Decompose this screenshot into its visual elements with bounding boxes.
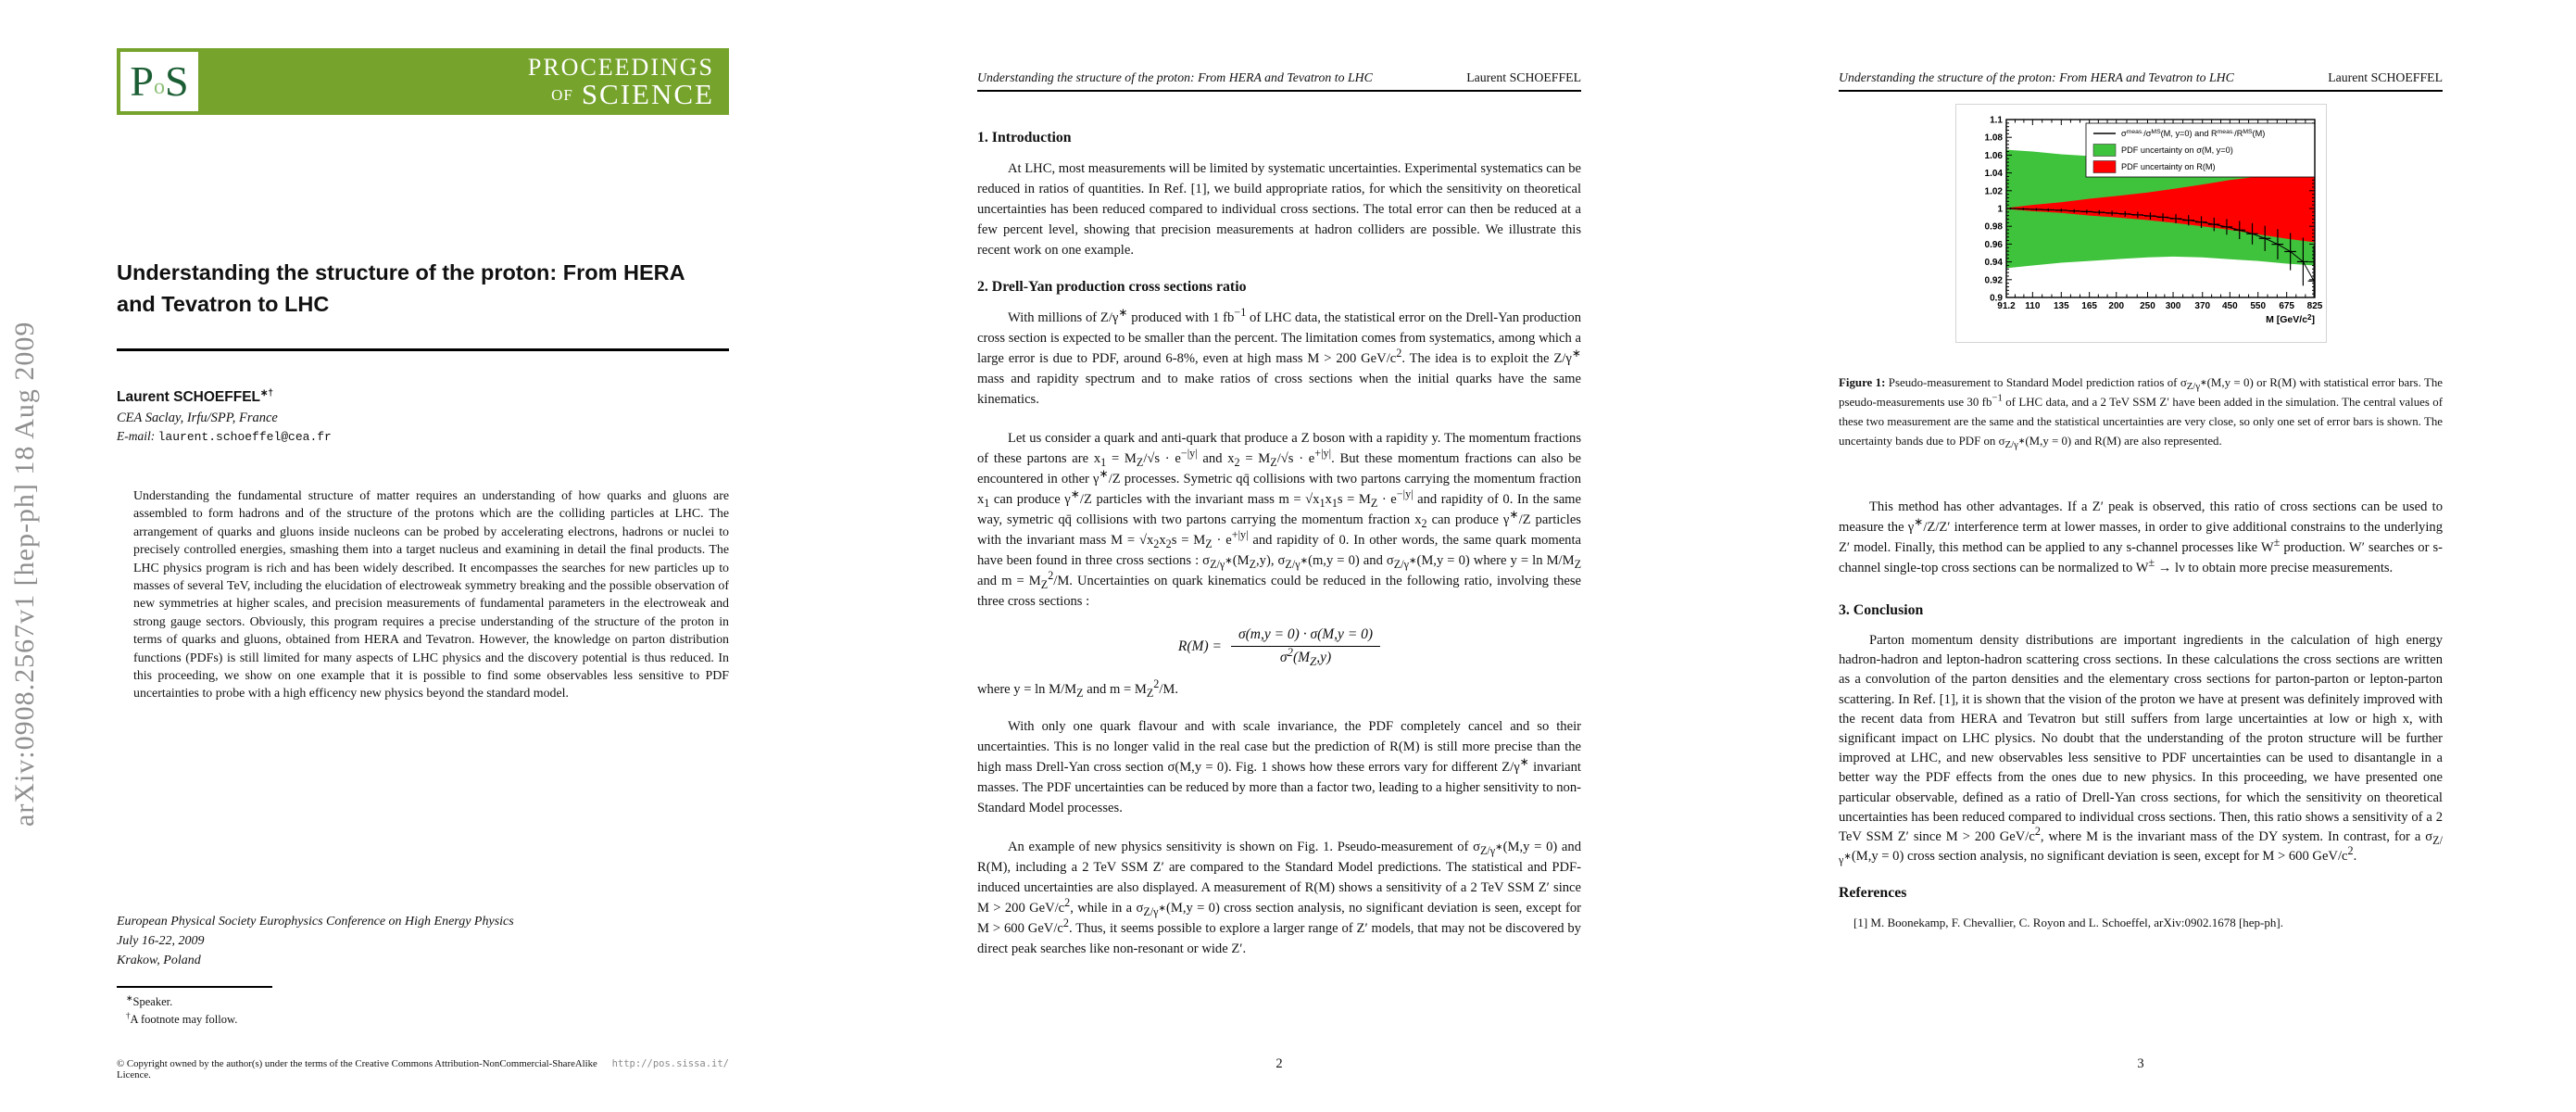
running-header-author: Laurent SCHOEFFEL	[1466, 70, 1581, 85]
figure-1-caption: Figure 1: Pseudo-measurement to Standard…	[1839, 373, 2443, 451]
section-2-heading: 2. Drell-Yan production cross sections r…	[977, 279, 1581, 296]
conference-info: European Physical Society Europhysics Co…	[117, 912, 514, 970]
equation-denominator: σ2(MZ,y)	[1231, 647, 1380, 666]
svg-text:PDF uncertainty on σ(M, y=0): PDF uncertainty on σ(M, y=0)	[2121, 145, 2233, 155]
page-3-body: This method has other advantages. If a Z…	[1839, 497, 2443, 931]
paragraph: Parton momentum density distributions ar…	[1839, 631, 2443, 866]
paper-title: Understanding the structure of the proto…	[117, 257, 729, 320]
equation-fraction: σ(m,y = 0) · σ(M,y = 0) σ2(MZ,y)	[1231, 626, 1380, 666]
paragraph: where y = ln M/MZ and m = MZ2/M.	[977, 679, 1581, 700]
references-heading: References	[1839, 885, 2443, 902]
svg-text:1: 1	[1997, 205, 2003, 215]
pos-logo-letter-s: S	[165, 60, 189, 103]
figure-1-caption-text: Pseudo-measurement to Standard Model pre…	[1839, 376, 2443, 448]
email-line: E-mail: laurent.schoeffel@cea.fr	[117, 429, 332, 444]
footnote-speaker: ∗Speaker.	[126, 993, 237, 1011]
svg-text:200: 200	[2108, 301, 2124, 311]
page-number: 2	[977, 1056, 1581, 1072]
email-label: E-mail:	[117, 429, 155, 443]
svg-text:1.06: 1.06	[1985, 151, 2004, 161]
svg-text:165: 165	[2081, 301, 2097, 311]
ratio-chart: 0.90.920.940.960.9811.021.041.061.081.19…	[1956, 105, 2324, 340]
paragraph: This method has other advantages. If a Z…	[1839, 497, 2443, 578]
svg-text:0.96: 0.96	[1985, 240, 2004, 250]
reference-item: [1] M. Boonekamp, F. Chevallier, C. Royo…	[1839, 914, 2443, 931]
running-header-title: Understanding the structure of the proto…	[1839, 70, 2234, 85]
of-science-words: OFSCIENCE	[528, 80, 714, 110]
conference-name: European Physical Society Europhysics Co…	[117, 912, 514, 931]
running-header: Understanding the structure of the proto…	[977, 70, 1581, 92]
svg-text:1.02: 1.02	[1985, 186, 2004, 196]
svg-text:1.08: 1.08	[1985, 133, 2004, 144]
page-2: Understanding the structure of the proto…	[977, 0, 1581, 1112]
running-header: Understanding the structure of the proto…	[1839, 70, 2443, 92]
svg-text:675: 675	[2279, 301, 2294, 311]
section-3-heading: 3. Conclusion	[1839, 602, 2443, 619]
svg-text:450: 450	[2222, 301, 2238, 311]
x-axis-title: M [GeV/c2]	[2266, 313, 2315, 325]
svg-text:370: 370	[2194, 301, 2210, 311]
conference-location: Krakow, Poland	[117, 951, 514, 970]
document-canvas: arXiv:0908.2567v1 [hep-ph] 18 Aug 2009 P…	[0, 0, 2576, 1112]
paragraph: Let us consider a quark and anti-quark t…	[977, 428, 1581, 612]
paragraph: An example of new physics sensitivity is…	[977, 837, 1581, 959]
svg-text:135: 135	[2054, 301, 2069, 311]
equation-lhs: R(M) =	[1178, 638, 1222, 655]
svg-text:300: 300	[2166, 301, 2181, 311]
page-3: Understanding the structure of the proto…	[1839, 0, 2443, 1112]
svg-text:825: 825	[2307, 301, 2323, 311]
author-footnote-marks: ∗†	[260, 388, 273, 398]
svg-text:0.98: 0.98	[1985, 222, 2004, 233]
paragraph: With only one quark flavour and with sca…	[977, 716, 1581, 818]
svg-text:110: 110	[2025, 301, 2041, 311]
of-word: OF	[551, 86, 573, 104]
svg-text:91.2: 91.2	[1997, 301, 2016, 311]
figure-1: 0.90.920.940.960.9811.021.041.061.081.19…	[1955, 104, 2327, 343]
svg-text:PDF uncertainty on R(M): PDF uncertainty on R(M)	[2121, 162, 2216, 171]
paragraph: At LHC, most measurements will be limite…	[977, 158, 1581, 260]
page-1: PoS PROCEEDINGS OFSCIENCE Understanding …	[117, 0, 729, 1112]
pos-logo-letter-o: o	[154, 76, 165, 98]
svg-text:0.92: 0.92	[1985, 275, 2004, 285]
svg-text:250: 250	[2140, 301, 2155, 311]
pos-logo-letter-p: P	[130, 60, 154, 103]
abstract: Understanding the fundamental structure …	[133, 487, 729, 703]
svg-text:550: 550	[2250, 301, 2266, 311]
paragraph: With millions of Z/γ∗ produced with 1 fb…	[977, 308, 1581, 410]
proceedings-wordmark: PROCEEDINGS OFSCIENCE	[528, 55, 714, 110]
legend: σmeas./σMS(M, y=0) and Rmeas./RMS(M)PDF …	[2086, 123, 2315, 177]
running-header-title: Understanding the structure of the proto…	[977, 70, 1373, 85]
svg-text:1.04: 1.04	[1985, 169, 2004, 179]
page-2-body: 1. Introduction At LHC, most measurement…	[977, 130, 1581, 978]
science-word: SCIENCE	[582, 78, 714, 110]
conference-dates: July 16-22, 2009	[117, 931, 514, 951]
footnotes: ∗Speaker. †A footnote may follow.	[126, 993, 237, 1028]
page-number: 3	[1839, 1056, 2443, 1072]
footer-line: © Copyright owned by the author(s) under…	[117, 1058, 729, 1080]
svg-text:1.1: 1.1	[1990, 116, 2003, 126]
arxiv-watermark: arXiv:0908.2567v1 [hep-ph] 18 Aug 2009	[9, 322, 41, 827]
author-name: Laurent SCHOEFFEL∗†	[117, 389, 273, 406]
running-header-author: Laurent SCHOEFFEL	[2328, 70, 2443, 85]
section-1-heading: 1. Introduction	[977, 130, 1581, 146]
title-rule	[117, 348, 729, 351]
pos-url[interactable]: http://pos.sissa.it/	[612, 1058, 729, 1069]
footnote-other: †A footnote may follow.	[126, 1011, 237, 1029]
proceedings-word: PROCEEDINGS	[528, 55, 714, 80]
pos-banner: PoS PROCEEDINGS OFSCIENCE	[117, 48, 729, 115]
figure-1-label: Figure 1:	[1839, 376, 1885, 389]
equation-numerator: σ(m,y = 0) · σ(M,y = 0)	[1231, 626, 1380, 647]
footnote-rule	[117, 986, 272, 988]
pos-logo: PoS	[120, 52, 198, 111]
equation-RM: R(M) = σ(m,y = 0) · σ(M,y = 0) σ2(MZ,y)	[977, 626, 1581, 666]
svg-text:0.94: 0.94	[1985, 258, 2004, 268]
email-address[interactable]: laurent.schoeffel@cea.fr	[158, 430, 332, 444]
copyright-notice: © Copyright owned by the author(s) under…	[117, 1058, 612, 1080]
author-affiliation: CEA Saclay, Irfu/SPP, France	[117, 411, 278, 426]
